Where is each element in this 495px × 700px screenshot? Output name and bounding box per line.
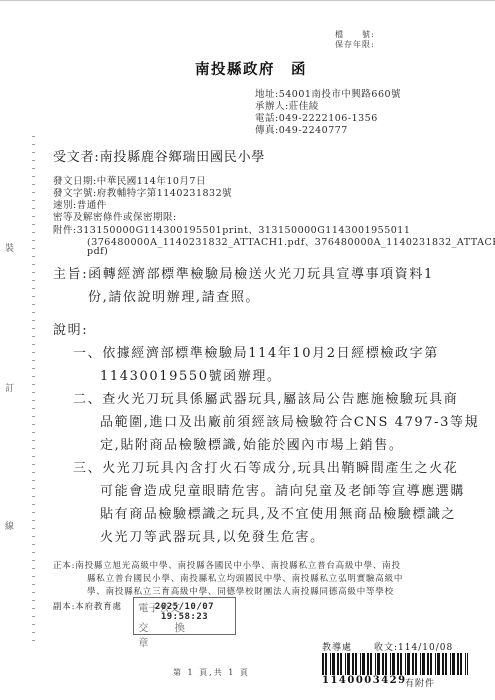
attachment-note: 有附件 xyxy=(405,676,435,689)
receiving-unit: 教導處 xyxy=(322,640,352,653)
explanation-item3-line1: 三、火光刀玩具內含打火石等成分,玩具出鞘瞬間產生之火花 xyxy=(73,457,458,476)
original-copy-line3: 學、南投縣私立三育高級中學、同德學校財團法人南投縣同德高級中等學校 xyxy=(87,585,394,597)
page-number: 第 1 頁,共 1 頁 xyxy=(173,667,250,678)
electronic-document-exchange-stamp: 電子公文 交換章 2025/10/07 19:58:23 xyxy=(133,597,236,635)
stamp-row2-text: 交換章 xyxy=(138,620,231,650)
original-copy-line1: 正本:南投縣立旭光高級中學、南投縣各國民中小學、南投縣私立普台高級中學、南投 xyxy=(53,559,401,571)
receipt-barcode xyxy=(322,653,468,675)
subject-line-1: 主旨:函轉經濟部標準檢驗局檢送火光刀玩具宣導事項資料1 xyxy=(53,263,434,282)
receipt-number: 1140003429 xyxy=(322,675,407,686)
received-date: 收文:114/10/08 xyxy=(374,640,453,653)
carbon-copy-line: 副本:本府教育處 xyxy=(53,600,122,612)
explanation-item2-line2: 品範圍,進口及出廠前須經該局檢驗符合CNS 4797-3等規 xyxy=(100,411,479,430)
sender-fax: 傳真:049-2240777 xyxy=(255,122,348,136)
stamp-text-row2: 交換章 xyxy=(138,620,231,650)
document-title: 南投縣政府 函 xyxy=(195,58,307,79)
explanation-item1-line1: 一、依據經濟部標準檢驗局114年10月2日經標檢政字第 xyxy=(73,342,439,361)
explanation-item2-line1: 二、查火光刀玩具係屬武器玩具,屬該局公告應施檢驗玩具商 xyxy=(73,388,458,407)
attachment-line-3: pdf) xyxy=(87,246,108,257)
recipient-line: 受文者:南投縣鹿谷鄉瑞田國民小學 xyxy=(53,146,265,165)
explanation-item3-line2: 可能會造成兒童眼睛危害。請向兒童及老師等宣導應選購 xyxy=(100,480,465,499)
stamp-date: 2025/10/07 xyxy=(134,602,235,612)
explanation-item3-line3: 貼有商品檢驗標識之玩具,及不宜使用無商品檢驗標識之 xyxy=(100,503,456,522)
binding-char-xian: 線 xyxy=(5,519,14,532)
explanation-item3-line4: 火光刀等武器玩具,以免發生危害。 xyxy=(100,526,325,545)
explanation-item2-line3: 定,貼附商品檢驗標識,始能於國內市場上銷售。 xyxy=(100,434,403,453)
security-class: 密等及解密條件或保密期限: xyxy=(53,209,177,223)
explanation-label: 說明: xyxy=(53,319,88,338)
stamp-time: 19:58:23 xyxy=(134,612,235,622)
explanation-item1-line2: 11430019550號函辦理。 xyxy=(100,365,282,384)
binding-char-zhuang: 裝 xyxy=(5,241,14,254)
subject-line-2: 份,請依說明辦理,請查照。 xyxy=(88,286,260,305)
binding-dashed-line xyxy=(32,136,35,641)
attachment-line-2: (376480000A_1140231832_ATTACH1.pdf、37648… xyxy=(87,234,495,248)
original-copy-line2: 縣私立普台國民小學、南投縣私立均頭國民中學、南投縣私立弘明實驗高級中 xyxy=(87,572,403,584)
binding-char-ding: 訂 xyxy=(5,381,14,394)
official-letter-page: 檔 號: 保存年限: 南投縣政府 函 地址:54001南投市中興路660號 承辦… xyxy=(0,0,495,700)
retention-period-label: 保存年限: xyxy=(335,39,375,50)
